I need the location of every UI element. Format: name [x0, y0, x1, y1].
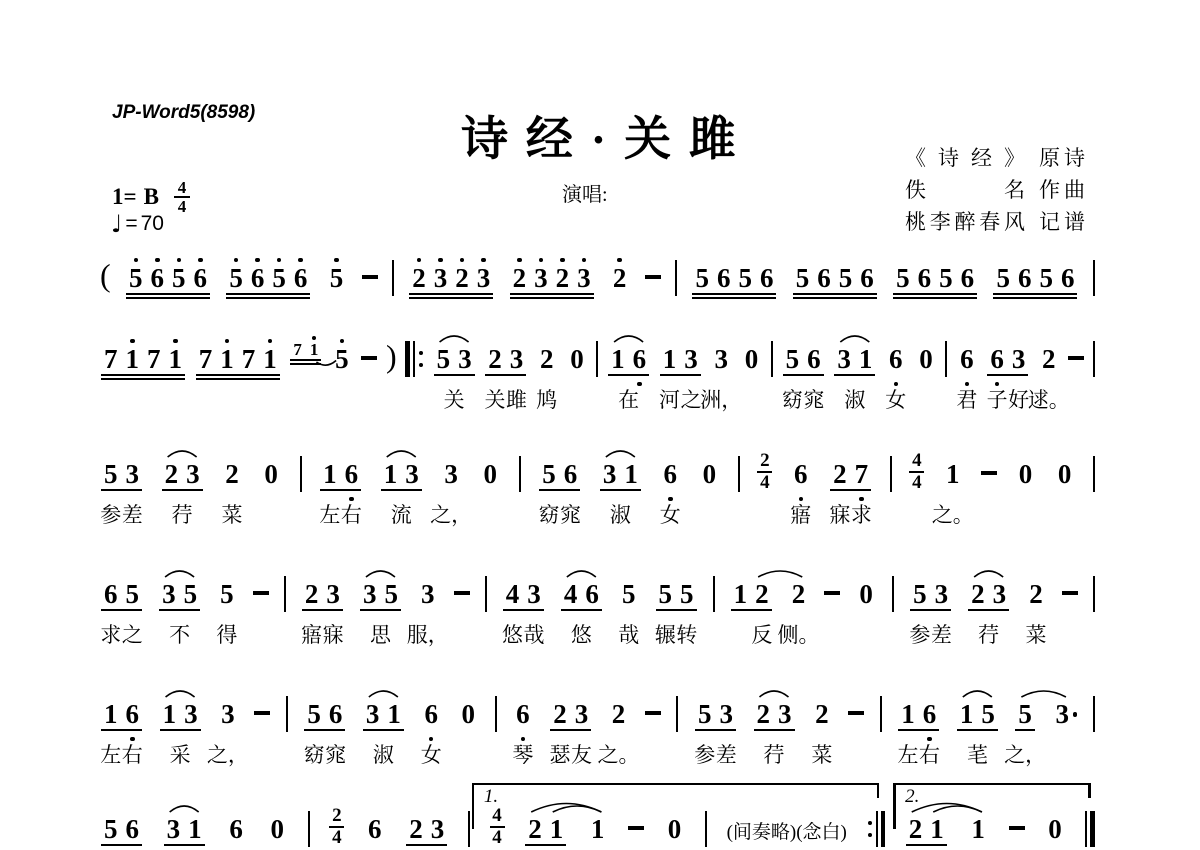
lyric: 君 [956, 389, 977, 411]
key-signature: 1= B 4 4 [112, 180, 190, 214]
note-digit: 2 [971, 579, 985, 609]
note: 3差 [931, 568, 953, 621]
octave-dot [481, 258, 486, 263]
lyric: 菜 [811, 744, 832, 766]
time-signature: 24 [757, 452, 772, 492]
note: 5哉 [618, 568, 640, 621]
note-digit: 1 [323, 459, 337, 489]
note-digit: 2 [556, 263, 570, 293]
credit-source-role: 原诗 [1039, 142, 1085, 174]
note-digit: 3 [477, 263, 491, 293]
beam-line [226, 297, 310, 299]
note-group: 1左6右 [100, 688, 143, 741]
note-group: 6 [364, 803, 386, 850]
note-digit: 2 [165, 459, 179, 489]
lyric: 窕 [325, 744, 346, 766]
lyric: 转 [676, 624, 697, 646]
note: 5窈 [303, 688, 325, 741]
octave-dot [927, 737, 932, 742]
note-digit: 5 [680, 579, 694, 609]
note-digit: 1 [384, 459, 398, 489]
octave-dot-above-slot [517, 252, 522, 263]
lyric: 参 [100, 504, 121, 526]
note: 6女 [420, 688, 442, 741]
octave-dot-above-slot [481, 252, 486, 263]
note-digit: 6 [760, 263, 774, 293]
lyric: 菜 [222, 504, 243, 526]
duration-dash [361, 356, 377, 360]
lyric: 关 [444, 389, 465, 411]
octave-dot [560, 258, 565, 263]
note: 2菜 [221, 448, 243, 501]
lyric: 荇 [172, 504, 193, 526]
beam-line [539, 489, 580, 491]
lyric: 差 [931, 624, 952, 646]
barline [495, 696, 497, 732]
lyric: 左 [319, 504, 340, 526]
note: 0 [915, 333, 937, 386]
note-digit: 7 [199, 344, 213, 374]
octave-dot-above-slot [334, 252, 339, 263]
octave-dot [637, 382, 642, 387]
note: 6君 [956, 333, 978, 386]
note: 3 [989, 568, 1011, 621]
octave-dot-above-slot [255, 252, 260, 263]
lyric: 菜 [1025, 624, 1046, 646]
beam-line [692, 293, 776, 295]
note-digit: 6 [961, 263, 975, 293]
note-group: 5窈6窕 [303, 688, 346, 741]
octave-dot [582, 258, 587, 263]
note-digit: 3 [221, 699, 235, 729]
octave-dot [177, 258, 182, 263]
octave-dot [995, 382, 1000, 387]
note-digit: 1 [663, 344, 677, 374]
note: 3服， [417, 568, 439, 621]
octave-dot [419, 351, 423, 355]
octave-dot [438, 258, 443, 263]
note-group: 5参3差 [694, 688, 737, 741]
beam-line [692, 297, 776, 299]
note-digit: 5 [272, 263, 286, 293]
octave-dot [868, 833, 872, 837]
note: 2 [405, 803, 427, 850]
repeat-start-barline [405, 341, 424, 377]
note-digit: 2 [409, 814, 423, 844]
beam-line [695, 729, 736, 731]
note-group: 6君 [956, 333, 978, 386]
note: 4悠 [502, 568, 524, 621]
note: 2逑。 [1038, 333, 1060, 386]
note: 3 [427, 803, 449, 850]
note-digit: 1 [946, 459, 960, 489]
beam-line [987, 374, 1028, 376]
lyric: 女 [660, 504, 681, 526]
note-group: 7171 [100, 333, 186, 386]
beam-line [196, 378, 280, 380]
note-digit: 3 [326, 579, 340, 609]
beam-line [406, 844, 447, 846]
lyric: 左 [898, 744, 919, 766]
octave-dot [198, 258, 203, 263]
note: 6子 [986, 333, 1008, 386]
note-digit: 3 [405, 459, 419, 489]
note: 6右 [122, 688, 144, 741]
beam-line [302, 609, 343, 611]
note: 3之， [217, 688, 239, 741]
time-signature-top: 2 [332, 807, 342, 825]
note-digit: 6 [368, 814, 382, 844]
note-digit: 6 [860, 263, 874, 293]
beam-line [160, 729, 201, 731]
credit-composer: 佚名 [905, 174, 1025, 206]
note: 6求 [100, 568, 122, 621]
note: 6女 [660, 448, 682, 501]
lyric: 悠 [571, 624, 592, 646]
octave-dot [521, 737, 526, 742]
octave-dot-below-slot [965, 374, 970, 386]
lyric: 鸠 [536, 389, 557, 411]
note-digit: 6 [923, 699, 937, 729]
lyric: 子 [987, 389, 1008, 411]
octave-dot [894, 382, 899, 387]
note: 0 [267, 803, 289, 850]
octave-dot-below-slot [894, 374, 899, 386]
octave-dot [173, 339, 178, 344]
note-group: 2菜 [221, 448, 243, 501]
note-digit: 5 [330, 263, 344, 293]
note-group: 2关3雎 [484, 333, 527, 386]
octave-dot [349, 497, 354, 502]
note-digit: 3 [167, 814, 181, 844]
note-digit: 6 [564, 459, 578, 489]
note-digit: 6 [585, 579, 599, 609]
lyric: 思 [370, 624, 391, 646]
duration-dash [1062, 591, 1078, 595]
note: 2瑟 [549, 688, 571, 741]
note-digit: 4 [506, 579, 520, 609]
volta-1-label: 1. [484, 786, 498, 808]
note-digit: 3 [575, 699, 589, 729]
note: 3 [401, 448, 423, 501]
note-digit: 2 [225, 459, 239, 489]
tempo-marking: ♩ = 70 [111, 212, 164, 236]
note-digit: 1 [734, 579, 748, 609]
beam-line [503, 609, 544, 611]
octave-dot [130, 339, 135, 344]
duration-dash [645, 275, 661, 279]
time-signature-bottom: 4 [332, 829, 342, 847]
note: 1 [159, 688, 181, 741]
octave-dot [417, 258, 422, 263]
note-digit: 0 [1058, 459, 1072, 489]
note-digit: 6 [345, 459, 359, 489]
octave-dot [334, 258, 339, 263]
beam-line [363, 729, 404, 731]
note: 6 [122, 803, 144, 850]
augmentation-dot [1073, 712, 1078, 717]
note-digit: 3 [935, 579, 949, 609]
barline [468, 811, 470, 847]
note: 0 [1054, 448, 1076, 501]
lyric: 洲， [700, 389, 742, 411]
lyric: 逑。 [1028, 389, 1070, 411]
parenthesis: ) [386, 336, 397, 376]
octave-dot-above-slot [417, 252, 422, 263]
lyric: 参 [694, 744, 715, 766]
note: 2侧。 [788, 568, 810, 621]
lyric: 窕 [803, 389, 824, 411]
note: 1之。 [942, 448, 964, 501]
lyric: 流 [391, 504, 412, 526]
note-digit: 6 [990, 344, 1004, 374]
note-digit: 3 [434, 263, 448, 293]
note: 5 [326, 252, 348, 305]
lyric: 右 [341, 504, 362, 526]
note-digit: 5 [220, 579, 234, 609]
octave-dot [617, 258, 622, 263]
note-digit: 3 [684, 344, 698, 374]
beam-line [550, 729, 591, 731]
note-group: 2逑。 [1038, 333, 1060, 386]
barline [596, 341, 598, 377]
lyric: 关 [485, 389, 506, 411]
volta-2-bracket: 2. [893, 783, 1091, 833]
beam-line [731, 609, 772, 611]
beam-line [290, 363, 321, 365]
beam-line [510, 293, 594, 295]
note-group: 0 [566, 333, 588, 386]
volta-1-bracket: 1. [472, 783, 879, 833]
key-letter: B [144, 184, 159, 210]
note-group: 3洲， [711, 333, 733, 386]
credit-row-original-poem: 《诗经》 原诗 [905, 142, 1085, 174]
note-group: 6寤 [790, 448, 812, 501]
note: 6 [225, 803, 247, 850]
note-group: 35思 [359, 568, 402, 621]
octave-dot-above-slot [268, 333, 273, 344]
note-digit: 3 [366, 699, 380, 729]
note: 3 [359, 568, 381, 621]
note-group: 1左6右 [319, 448, 362, 501]
note-digit: 3 [1055, 699, 1069, 729]
note-digit: 3 [458, 344, 472, 374]
note-digit: 3 [444, 459, 458, 489]
note: 3 [182, 448, 204, 501]
beam-line [957, 729, 998, 731]
barline [1093, 260, 1095, 296]
note-digit: 2 [1029, 579, 1043, 609]
note-digit: 0 [570, 344, 584, 374]
note-group: 5656 [691, 252, 777, 305]
note: 6 [364, 803, 386, 850]
lyric: 右 [122, 744, 143, 766]
note-digit: 5 [104, 459, 118, 489]
beam-line [793, 293, 877, 295]
note-digit: 5 [839, 263, 853, 293]
note-digit: 1 [104, 699, 118, 729]
note-digit: 6 [104, 579, 118, 609]
beam-line [525, 844, 566, 846]
note-group: 53关 [433, 333, 476, 386]
note: 5参 [694, 688, 716, 741]
note-group: 56 [100, 803, 143, 850]
note-digit: 0 [919, 344, 933, 374]
note: 5 [331, 333, 353, 386]
note-digit: 0 [484, 459, 498, 489]
note-group: 31 [163, 803, 206, 850]
note: 3雎 [506, 333, 528, 386]
beam-line [910, 609, 951, 611]
note: 0 [1015, 448, 1037, 501]
lyric: 不 [169, 624, 190, 646]
note-digit: 5 [1018, 699, 1032, 729]
octave-dot [460, 258, 465, 263]
time-signature-bottom: 4 [760, 474, 770, 492]
note: 7求 [851, 448, 873, 501]
note-digit: 5 [104, 814, 118, 844]
lyric: 哉 [618, 624, 639, 646]
note-group: 1河3之 [659, 333, 702, 386]
note: 3 [158, 568, 180, 621]
beam-line [510, 297, 594, 299]
beam-line [101, 844, 142, 846]
note: 2菜 [811, 688, 833, 741]
music-line: 6求5之35不5得2寤3寐35思3服，4悠3哉46悠5哉5辗5转12反2侧。05… [100, 556, 1095, 621]
beam-line [906, 844, 947, 846]
octave-dot-above-slot [277, 252, 282, 263]
music-line: 1左6右13采3之，5窈6窕31淑6女06琴2瑟3友2之。5参3差23荇2菜1左… [100, 676, 1095, 741]
time-signature-bottom: 4 [912, 474, 922, 492]
beam-line [898, 729, 939, 731]
octave-dot-above-slot [582, 252, 587, 263]
note: 3差 [715, 688, 737, 741]
octave-dot [419, 363, 423, 367]
note-group: 5之， [1014, 688, 1036, 741]
note: 6窕 [325, 688, 347, 741]
lyric: 之， [430, 504, 472, 526]
note: 3之 [680, 333, 702, 386]
lyric: 窈 [304, 744, 325, 766]
note-group: 5656 [225, 252, 311, 305]
lyric: 窕 [560, 504, 581, 526]
note-digit: 6 [664, 459, 678, 489]
octave-dot-above-slot [234, 252, 239, 263]
music-line: 71717171715)53关2关3雎2鸠016在1河3之3洲，05窈6窕31淑… [100, 321, 1095, 386]
octave-dot-below-slot [234, 844, 239, 850]
lyric: 侧。 [778, 624, 820, 646]
note-group: 5窈6窕 [782, 333, 825, 386]
note-group: 71 [289, 333, 322, 371]
note-group: 2寐7求 [829, 448, 872, 501]
note-group: 0 [855, 568, 877, 621]
note-digit: 2 [455, 263, 469, 293]
note-digit: 1 [263, 344, 277, 374]
note-digit: 3 [363, 579, 377, 609]
note: 0 [855, 568, 877, 621]
note-digit: 3 [421, 579, 435, 609]
time-signature-top: 2 [760, 452, 770, 470]
note-digit: 2 [540, 344, 554, 374]
beam-line [226, 293, 310, 295]
note-group: 2瑟3友 [549, 688, 592, 741]
note: 1 [306, 333, 323, 371]
note-digit: 3 [577, 263, 591, 293]
octave-dot-above-slot [155, 252, 160, 263]
note-digit: 3 [778, 699, 792, 729]
lyric: 求 [851, 504, 872, 526]
sheet-music-page: { "watermark": "JP-Word5(8598)", "header… [0, 0, 1200, 850]
note: 0 [458, 688, 480, 741]
note-group: 1之。 [942, 448, 964, 501]
duration-dash [362, 275, 378, 279]
octave-dot [539, 258, 544, 263]
note-digit: 5 [786, 344, 800, 374]
quarter-note-icon: ♩ [111, 212, 122, 236]
duration-dash [1068, 356, 1084, 360]
barline [1093, 456, 1095, 492]
note-group: 2菜 [1025, 568, 1047, 621]
octave-dot [799, 497, 804, 502]
note: 2寐 [829, 448, 851, 501]
note-digit: 5 [172, 263, 186, 293]
octave-dot-above-slot [539, 252, 544, 263]
duration-dash [253, 591, 269, 595]
volta-2-label: 2. [905, 786, 919, 808]
note: 0 [260, 448, 282, 501]
lyric: 友 [571, 744, 592, 766]
note-digit: 5 [698, 699, 712, 729]
lyric: 琴 [512, 744, 533, 766]
note-digit: 6 [424, 699, 438, 729]
note: 6 [581, 568, 603, 621]
octave-dot [965, 382, 970, 387]
barline [1093, 341, 1095, 377]
note-digit: 7 [147, 344, 161, 374]
note: 5 [380, 568, 402, 621]
note-digit: 3 [1012, 344, 1026, 374]
note-digit: 3 [431, 814, 445, 844]
note-digit: 5 [695, 263, 709, 293]
note-group: 2侧。 [788, 568, 810, 621]
barline [286, 696, 288, 732]
lyric: 淑 [610, 504, 631, 526]
note-digit: 3 [715, 344, 729, 374]
note: 6寤 [790, 448, 812, 501]
note-digit: 6 [633, 344, 647, 374]
note-digit: 6 [126, 814, 140, 844]
performer-label: 演唱: [562, 178, 608, 207]
note-group: 13流 [380, 448, 423, 501]
beam-line [409, 293, 493, 295]
note: 5 [1014, 688, 1036, 741]
beam-line [1015, 729, 1035, 731]
note-digit: 3 [719, 699, 733, 729]
beam-line [968, 609, 1009, 611]
note: 1 [620, 448, 642, 501]
beam-line [101, 489, 142, 491]
note: 6女 [885, 333, 907, 386]
octave-dot [255, 258, 260, 263]
note: 2 [967, 568, 989, 621]
octave-dot-below-slot [521, 729, 526, 741]
note-digit: 6 [1018, 263, 1032, 293]
note-group: 5656 [892, 252, 978, 305]
beam-line [360, 609, 401, 611]
beam-line [600, 489, 641, 491]
note-group: 3服， [417, 568, 439, 621]
time-signature: 24 [329, 807, 344, 847]
